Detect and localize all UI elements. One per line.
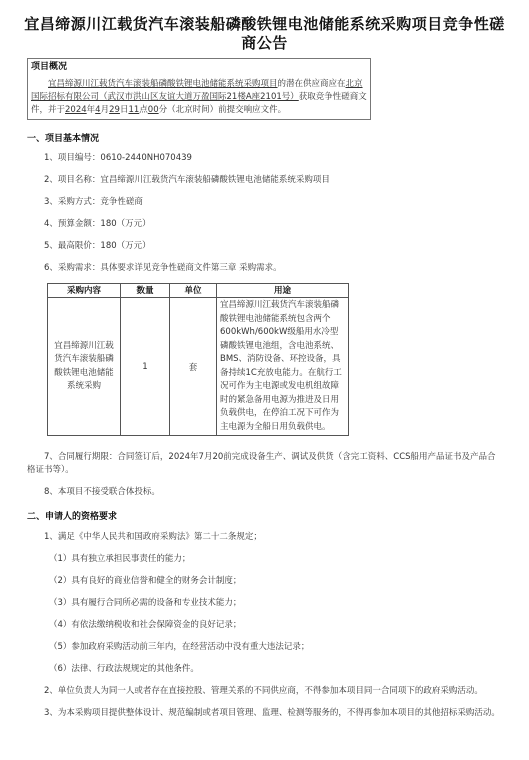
overview-text-3: （北京时间）前提交响应文件。: [167, 105, 286, 115]
cell-usage: 宜昌缔源川江载货汽车滚装船磷酸铁锂电池储能系统包含两个600kWh/600kW级…: [217, 298, 349, 436]
sub-item-2: （2）具有良好的商业信誉和健全的财务会计制度；: [49, 575, 241, 588]
no-consortium: 8、本项目不接受联合体投标。: [44, 486, 160, 499]
section-1-heading: 一、项目基本情况: [27, 131, 99, 144]
deadline-hour: 11: [128, 105, 139, 115]
sub-item-4: （4）有依法缴纳税收和社会保障资金的良好记录；: [49, 619, 241, 632]
col-header-content: 采购内容: [48, 284, 121, 298]
sub-item-3: （3）具有履行合同所必需的设备和专业技术能力；: [49, 597, 241, 610]
budget-amount: 4、预算金额：180（万元）: [44, 218, 151, 231]
overview-heading: 项目概况: [31, 61, 367, 74]
project-number: 1、项目编号：0610-2440NH070439: [44, 152, 192, 165]
project-name: 2、项目名称：宜昌缔源川江载货汽车滚装船磷酸铁锂电池储能系统采购项目: [44, 174, 330, 187]
contract-period: 7、合同履行期限：合同签订后，2024年7月20前完成设备生产、调试及供货（含完…: [27, 451, 502, 477]
project-overview-box: 项目概况 宜昌缔源川江载货汽车滚装船磷酸铁锂电池储能系统采购项目的潜在供应商应在…: [27, 58, 371, 120]
page-title: 宜昌缔源川江载货汽车滚装船磷酸铁锂电池储能系统采购项目竞争性磋商公告: [20, 15, 509, 53]
qualification-item-1: 1、满足《中华人民共和国政府采购法》第二十二条规定；: [44, 531, 262, 544]
month-label: 月: [101, 105, 110, 115]
table-header-row: 采购内容 数量 单位 用途: [48, 284, 349, 298]
cell-content: 宜昌缔源川江载货汽车滚装船磷酸铁锂电池储能系统采购: [48, 298, 121, 436]
cell-quantity: 1: [121, 298, 170, 436]
col-header-quantity: 数量: [121, 284, 170, 298]
year-label: 年: [87, 105, 96, 115]
minute-label: 分: [159, 105, 168, 115]
table-row: 宜昌缔源川江载货汽车滚装船磷酸铁锂电池储能系统采购 1 套 宜昌缔源川江载货汽车…: [48, 298, 349, 436]
procurement-requirements: 6、采购需求：具体要求详见竞争性磋商文件第三章 采购需求。: [44, 262, 282, 275]
section-2-heading: 二、申请人的资格要求: [27, 509, 117, 522]
sub-item-1: （1）具有独立承担民事责任的能力；: [49, 553, 190, 566]
deadline-day: 29: [109, 105, 120, 115]
hour-label: 点: [139, 105, 148, 115]
sub-item-6: （6）法律、行政法规规定的其他条件。: [49, 663, 199, 676]
procurement-method: 3、采购方式：竞争性磋商: [44, 196, 143, 209]
deadline-year: 2024: [65, 105, 87, 115]
col-header-usage: 用途: [217, 284, 349, 298]
qualification-item-3: 3、为本采购项目提供整体设计、规范编制或者项目管理、监理、检测等服务的，不得再参…: [27, 707, 502, 720]
requirements-table: 采购内容 数量 单位 用途 宜昌缔源川江载货汽车滚装船磷酸铁锂电池储能系统采购 …: [47, 283, 349, 436]
overview-text-1: 的潜在供应商应在: [278, 79, 346, 89]
max-price: 5、最高限价：180（万元）: [44, 240, 151, 253]
overview-text: 宜昌缔源川江载货汽车滚装船磷酸铁锂电池储能系统采购项目的潜在供应商应在北京国际招…: [31, 78, 367, 117]
sub-item-5: （5）参加政府采购活动前三年内，在经营活动中没有重大违法记录；: [49, 641, 309, 654]
deadline-minute: 00: [148, 105, 159, 115]
qualification-item-2: 2、单位负责人为同一人或者存在直接控股、管理关系的不同供应商，不得参加本项目同一…: [44, 685, 514, 698]
cell-unit: 套: [170, 298, 217, 436]
project-name-link[interactable]: 宜昌缔源川江载货汽车滚装船磷酸铁锂电池储能系统采购项目: [48, 79, 278, 89]
col-header-unit: 单位: [170, 284, 217, 298]
